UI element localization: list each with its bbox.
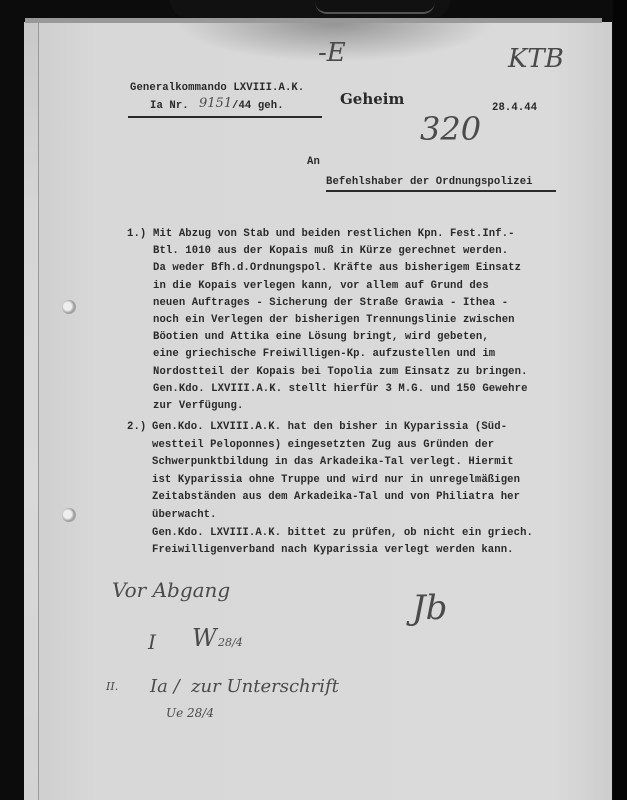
handwritten-note-line1: Vor Abgang	[112, 578, 230, 602]
paragraph-line: überwacht.	[152, 509, 217, 521]
reference-number: 9151	[199, 96, 232, 111]
paragraph-line: westteil Peloponnes) eingesetzten Zug au…	[152, 439, 494, 451]
scan-border-right	[613, 0, 627, 800]
handwritten-signature: Jb	[412, 588, 447, 628]
paragraph-line: Freiwilligenverband nach Kyparissia verl…	[152, 544, 514, 556]
handwritten-note-line4: Ue 28/4	[166, 706, 214, 720]
handwritten-note-date: 28/4	[218, 636, 243, 649]
header-underline	[128, 116, 322, 118]
paragraph-line: zur Verfügung.	[153, 400, 243, 412]
paragraph-line: eine griechische Freiwilligen-Kp. aufzus…	[153, 348, 495, 360]
paragraph-line: ist Kyparissia ohne Truppe und wird nur …	[152, 474, 520, 486]
handwritten-note-line3: Ia / zur Unterschrift	[150, 676, 339, 697]
paragraph-line: Da weder Bfh.d.Ordnungspol. Kräfte aus b…	[153, 262, 521, 274]
paragraph-line: Schwerpunktbildung in das Arkadeika-Tal …	[152, 456, 514, 468]
paragraph-line: Gen.Kdo. LXVIII.A.K. hat den bisher in K…	[152, 421, 507, 433]
recipient-name: Befehlshaber der Ordnungspolizei	[326, 176, 533, 188]
paragraph-2-number: 2.)	[127, 421, 146, 433]
document-date: 28.4.44	[492, 102, 537, 114]
reference-prefix: Ia Nr.	[150, 100, 189, 112]
paragraph-line: Nordostteil der Kopais bei Topolia zum E…	[153, 366, 528, 378]
paragraph-line: Btl. 1010 aus der Kopais muß in Kürze ge…	[153, 245, 508, 257]
handwritten-note-roman-one: I	[148, 630, 156, 654]
handwritten-mark-ktb: KTB	[508, 44, 564, 74]
scanner-clip-highlight	[315, 2, 435, 14]
recipient-prefix: An	[307, 156, 320, 168]
paragraph-line: Böotien und Attika eine Lösung bringt, w…	[153, 331, 489, 343]
punch-hole-bottom	[62, 508, 76, 522]
page-top-edge	[25, 18, 602, 23]
paragraph-line: Gen.Kdo. LXVIII.A.K. stellt hierfür 3 M.…	[153, 383, 528, 395]
handwritten-number: 320	[420, 110, 481, 148]
recipient-underline	[326, 190, 556, 192]
paragraph-line: noch ein Verlegen der bisherigen Trennun…	[153, 314, 515, 326]
handwritten-note-roman-two: II.	[106, 680, 118, 693]
sender-unit: Generalkommando LXVIII.A.K.	[130, 82, 304, 94]
reference-suffix: /44 geh.	[232, 100, 284, 112]
paragraph-line: Gen.Kdo. LXVIII.A.K. bittet zu prüfen, o…	[152, 527, 533, 539]
handwritten-mark-e: -E	[318, 38, 346, 68]
paragraph-line: Mit Abzug von Stab und beiden restlichen…	[153, 228, 515, 240]
classification-stamp: Geheim	[340, 90, 404, 108]
punch-hole-top	[62, 300, 76, 314]
handwritten-initials: W	[192, 624, 217, 652]
paragraph-1-number: 1.)	[127, 228, 146, 240]
paragraph-line: in die Kopais verlegen kann, vor allem a…	[153, 280, 489, 292]
paragraph-line: neuen Auftrages - Sicherung der Straße G…	[153, 297, 508, 309]
paragraph-line: Zeitabständen aus dem Arkadeika-Tal und …	[152, 491, 520, 503]
